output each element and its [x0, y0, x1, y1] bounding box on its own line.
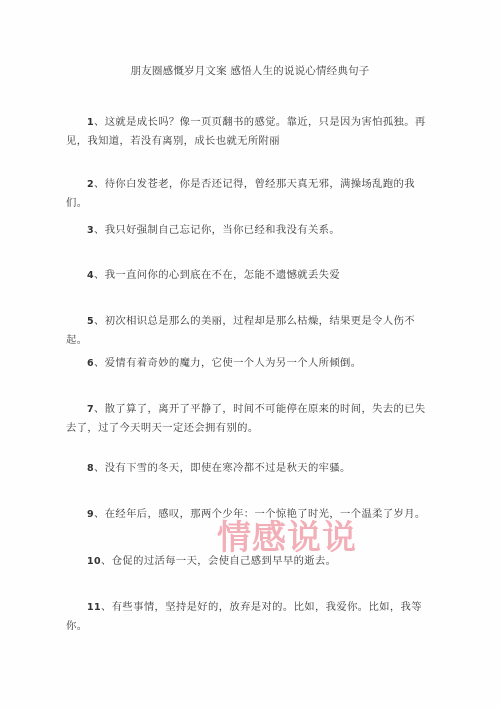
paragraph-text: 我一直问你的心到底在不在，怎能不遗憾就丢失爱	[105, 269, 340, 281]
paragraph-text: 没有下雪的冬天，即使在寒冷都不过是秋天的牢骚。	[105, 462, 351, 474]
paragraph-text: 这就是成长吗？像一页页翻书的感觉。靠近，只是因为害怕孤独。再见，我知道，若没有离…	[66, 116, 426, 147]
paragraph-number: 5	[87, 316, 94, 327]
paragraph-text: 爱情有着奇妙的魔力，它使一个人为另一个人所倾倒。	[105, 357, 362, 369]
paragraph-number: 3	[87, 225, 94, 236]
paragraph-number: 8	[87, 463, 94, 474]
paragraph-separator: 、	[94, 357, 105, 369]
paragraph-11: 11、有些事情，坚持是好的，放弃是对的。比如，我爱你。比如，我等你。	[66, 598, 428, 635]
paragraph-text: 散了算了，离开了平静了，时间不可能停在原来的时间，失去的已失去了，过了今天明天一…	[66, 403, 426, 434]
paragraph-text: 有些事情，坚持是好的，放弃是对的。比如，我爱你。比如，我等你。	[66, 601, 422, 632]
paragraph-separator: 、	[101, 555, 112, 567]
paragraph-text: 初次相识总是那么的美丽，过程却是那么枯燥，结果更是令人伤不起。	[66, 315, 415, 346]
paragraph-number: 2	[87, 179, 94, 190]
watermark-logo: 情感说说	[217, 518, 357, 558]
paragraph-separator: 、	[94, 462, 105, 474]
paragraph-separator: 、	[94, 178, 105, 190]
paragraph-separator: 、	[94, 269, 105, 281]
paragraph-text: 待你白发苍老，你是否还记得，曾经那天真无邪，满操场乱跑的我们。	[66, 178, 415, 209]
paragraph-separator: 、	[94, 403, 105, 415]
paragraph-4: 4、我一直问你的心到底在不在，怎能不遗憾就丢失爱	[66, 266, 428, 285]
paragraph-5: 5、初次相识总是那么的美丽，过程却是那么枯燥，结果更是令人伤不起。	[66, 312, 428, 349]
paragraph-separator: 、	[101, 601, 112, 613]
paragraph-8: 8、没有下雪的冬天，即使在寒冷都不过是秋天的牢骚。	[66, 459, 428, 478]
paragraph-number: 6	[87, 358, 94, 369]
paragraph-1: 1、这就是成长吗？像一页页翻书的感觉。靠近，只是因为害怕孤独。再见，我知道，若没…	[66, 113, 428, 150]
paragraph-separator: 、	[94, 508, 105, 520]
paragraph-number: 7	[87, 404, 94, 415]
paragraph-2: 2、待你白发苍老，你是否还记得，曾经那天真无邪，满操场乱跑的我们。	[66, 175, 428, 212]
paragraph-6: 6、爱情有着奇妙的魔力，它使一个人为另一个人所倾倒。	[66, 354, 428, 373]
paragraph-number: 1	[87, 117, 94, 128]
paragraph-number: 4	[87, 270, 94, 281]
paragraph-separator: 、	[94, 315, 105, 327]
paragraph-3: 3、我只好强制自己忘记你，当你已经和我没有关系。	[66, 221, 428, 240]
paragraph-number: 10	[87, 556, 101, 567]
paragraph-separator: 、	[94, 116, 105, 128]
paragraph-number: 11	[87, 602, 101, 613]
paragraph-separator: 、	[94, 224, 105, 236]
paragraph-7: 7、散了算了，离开了平静了，时间不可能停在原来的时间，失去的已失去了，过了今天明…	[66, 400, 428, 437]
paragraph-number: 9	[87, 509, 94, 520]
document-title: 朋友圈感慨岁月文案 感悟人生的说说心情经典句子	[0, 63, 500, 78]
paragraph-text: 我只好强制自己忘记你，当你已经和我没有关系。	[105, 224, 340, 236]
document-page: 朋友圈感慨岁月文案 感悟人生的说说心情经典句子 1、这就是成长吗？像一页页翻书的…	[0, 0, 500, 708]
